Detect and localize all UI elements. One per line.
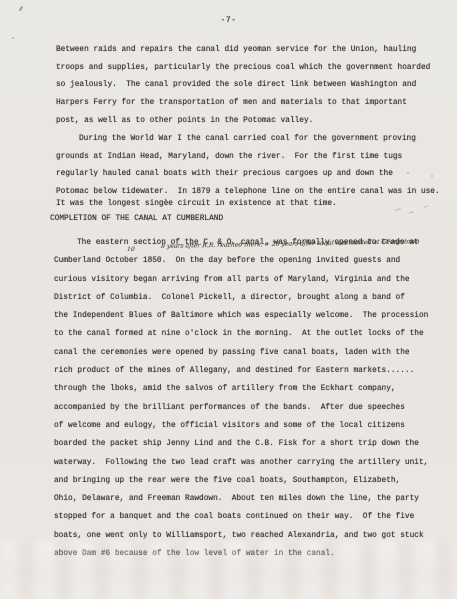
typed-line: regularly hauled canal boats with their … — [56, 166, 440, 184]
typed-line: so jealously. The canal provided the sol… — [56, 77, 430, 95]
typed-line: accompanied by the brilliant performance… — [54, 399, 428, 417]
typed-line: troops and supplies, particularly the pr… — [56, 60, 430, 78]
page-number: -7- — [0, 16, 457, 25]
paragraph-2-continued: It was the longest singèe circuit in exi… — [56, 198, 337, 211]
typed-line: Cumberland October 1850. On the day befo… — [54, 252, 428, 270]
typed-line: curious visitory began arriving from all… — [54, 271, 428, 289]
paragraph-2: During the World War I the canal carried… — [56, 131, 440, 202]
typed-line: and bringing up the rear were the five c… — [54, 472, 428, 490]
paragraph-3: The eastern section of the C. & O. canal… — [54, 234, 428, 563]
typed-line: to the canal formed at nine o'clock in t… — [54, 325, 428, 343]
typed-line: Harpers Ferry for the transportation of … — [56, 95, 430, 113]
typed-line: Ohio, Delaware, and Freeman Rawdown. Abo… — [54, 490, 428, 508]
typed-line: the Independent Blues of Baltimore which… — [54, 307, 428, 325]
section-heading: COMPLETION OF THE CANAL AT CUMBERLAND — [50, 213, 223, 226]
typed-line: boats, one went only to Williamsport, tw… — [54, 527, 428, 545]
pencil-mark — [395, 208, 401, 211]
typed-line: grounds at Indian Head, Maryland, down t… — [56, 149, 440, 167]
typed-line: above Dam #6 because of the low level of… — [54, 545, 428, 563]
typed-line: of welcome and eulogy, the official visi… — [54, 417, 428, 435]
paragraph-1: Between raids and repairs the canal did … — [56, 42, 430, 131]
typed-line: boarded the packet ship Jenny Lind and t… — [54, 435, 428, 453]
typed-line: waterway. Following the two lead craft w… — [54, 454, 428, 472]
typed-line: post, as well as to other points in the … — [56, 113, 430, 131]
typed-line: canal the ceremonies were opened by pass… — [54, 344, 428, 362]
handwritten-date-insert: 10 — [127, 246, 136, 253]
typewritten-page: -7- Between raids and repairs the canal … — [0, 0, 457, 599]
typed-line: stopped for a banquet and the coal boats… — [54, 508, 428, 526]
typed-line: District of Columbia. Colonel Pickell, a… — [54, 289, 428, 307]
typed-line: Between raids and repairs the canal did … — [56, 42, 430, 60]
typed-line: It was the longest singèe circuit in exi… — [56, 198, 337, 211]
typed-line: rich product of the mines of Allegany, a… — [54, 362, 428, 380]
pencil-mark — [424, 205, 428, 208]
typed-line: During the World War I the canal carried… — [56, 131, 440, 149]
typed-line: through the lboks, amid the salvos of ar… — [54, 380, 428, 398]
pencil-mark — [409, 211, 414, 213]
pencil-mark — [12, 37, 14, 39]
pencil-mark — [19, 6, 23, 11]
